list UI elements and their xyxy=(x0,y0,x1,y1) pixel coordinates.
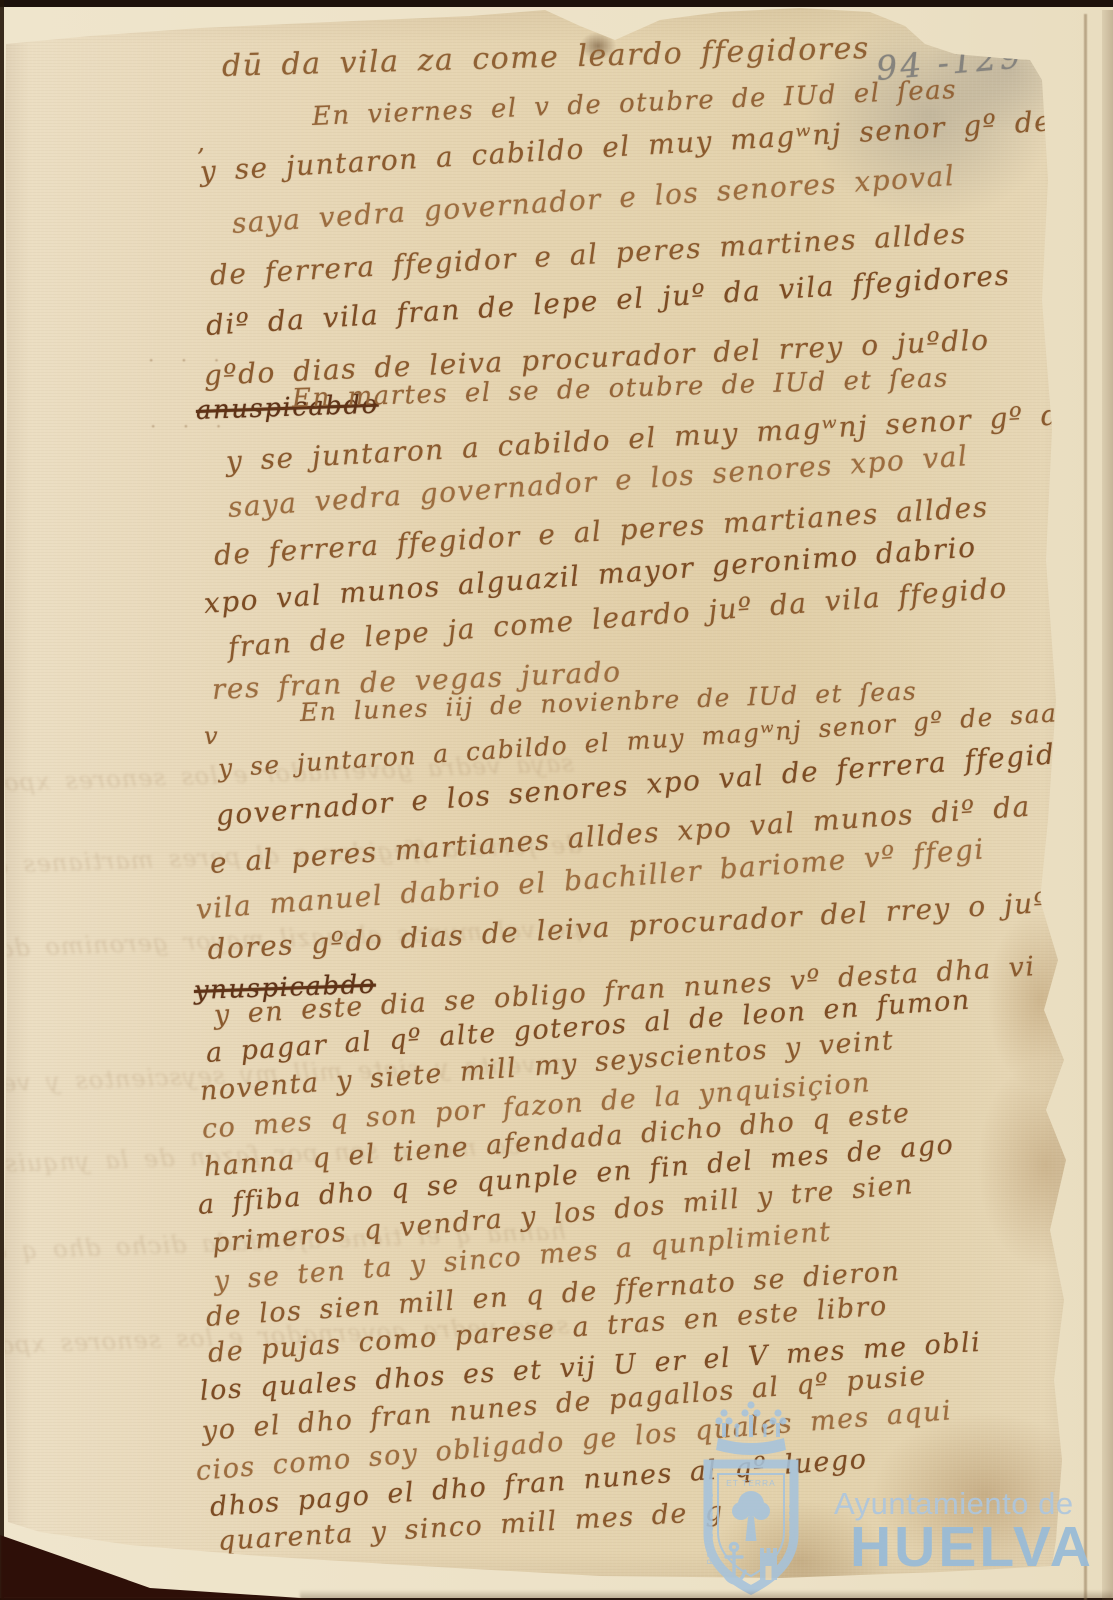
manuscript-page: saya vedra governador e los senores xpo … xyxy=(0,0,1113,1600)
manuscript-scan: saya vedra governador e los senores xpo … xyxy=(0,0,1113,1600)
page-crease-line xyxy=(1084,14,1087,1600)
scan-bottom-shadow xyxy=(300,1590,1113,1600)
scan-top-edge xyxy=(0,0,1113,7)
right-edge-shade xyxy=(1102,10,1113,1600)
page-vignette xyxy=(0,0,1113,1600)
scan-left-edge xyxy=(0,0,4,1600)
